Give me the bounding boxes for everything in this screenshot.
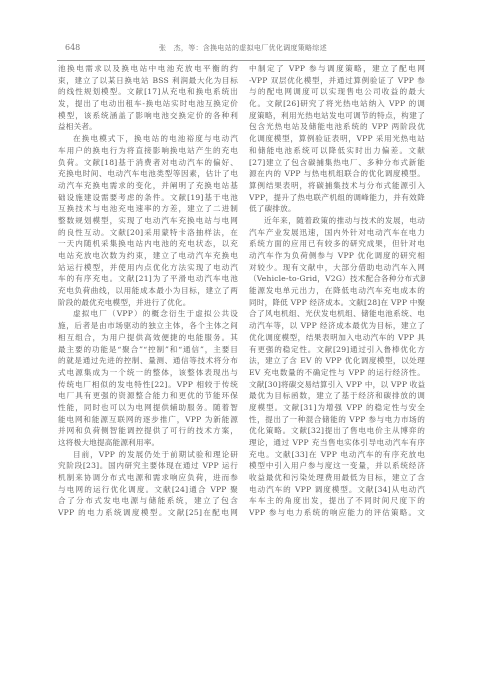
text-line: 目前，VPP 的发展仍处于前期试验和理论研 <box>58 449 238 461</box>
text-line: 传统电厂相似的发电特性[22]。VPP 相较于传统 <box>58 379 238 391</box>
text-line: 式电源集成为一个统一的整体，该整体表现出与 <box>58 367 238 379</box>
text-line: 在换电模式下，换电站的电池裕度与电动汽 <box>58 133 238 145</box>
text-line: 究阶段[23]。国内研究主要体现在通过 VPP 运行 <box>58 460 238 472</box>
left-column: 池换电需求以及换电站中电池充放电平衡的约束，建立了以某日换电站 BSS 利润最大… <box>58 63 238 519</box>
text-line: 汽车产业发展迅速，国内外针对电动汽车在电力 <box>249 227 425 239</box>
text-line: 合了分布式发电电源与储能系统，建立了包含 <box>58 495 238 507</box>
text-line: 阶段的最优充电模型，并进行了优化。 <box>58 297 238 309</box>
text-line: 负荷。文献[18]基于消费者对电动汽车的偏好、 <box>58 157 238 169</box>
text-line: 础设施建设需要考虑的条件。文献[19]基于电池 <box>58 192 238 204</box>
text-line: 池换电需求以及换电站中电池充放电平衡的约 <box>58 63 238 75</box>
text-line: 理论，通过 VPP 充当售电实体引导电动汽车有序 <box>249 437 425 449</box>
text-line: 与电网的运行优化调度。文献[24]通合 VPP 聚 <box>58 484 238 496</box>
text-line: 和储能电池系统可以降低实时出力偏差。文献 <box>249 145 425 157</box>
text-line: 的就是通过先进的控制、量测、通信等技术将分布 <box>58 355 238 367</box>
text-line: 有更强的稳定性。文献[29]通过引入鲁棒优化方 <box>249 344 425 356</box>
text-line: 算例结果表明，将碳捕集技术与分布式能源引入 <box>249 180 425 192</box>
text-line: 发，提出了电动出租车-换电站实时电池互换定价 <box>58 98 238 110</box>
text-line: 施，后者是由市场驱动的独立主体，各个主体之间 <box>58 320 238 332</box>
text-line: 虚拟电厂（VPP）的概念衍生于虚拟公共设 <box>58 308 238 320</box>
text-line: VPP 参与电力系统的响应能力的评估策略。文 <box>249 507 425 519</box>
text-line: 动汽车作为负荷侧参与 VPP 优化调度的研究相 <box>249 250 425 262</box>
text-line: 化调度模型，算例验证表明，VPP 采用光热电站 <box>249 133 425 145</box>
text-line: VPP 的电力系统调度模型。文献[25]在配电网 <box>58 507 238 519</box>
text-line: 能电网和能源互联网的逐步推广，VPP 为新能源 <box>58 414 238 426</box>
text-line: 低了碳排放。 <box>249 203 425 215</box>
text-line: 度策略，利用光热电站发电可调节的特点，构建了 <box>249 110 425 122</box>
text-line: 对较少。现有文献中，大部分借助电动汽车入网 <box>249 262 425 274</box>
text-line: 文献[30]将碳交易结算引入 VPP 中，以 VPP 收益 <box>249 379 425 391</box>
text-line: 法，建立了含 EV 的 VPP 优化调度模型，以处理 <box>249 355 425 367</box>
text-line: （Vehicle-to-Grid，V2G）技术配合各种分布式新 <box>249 273 425 285</box>
text-line: 电站充放电次数为约束，建立了电动汽车充换电 <box>58 250 238 262</box>
text-line: 同时，降低 VPP 经济成本。文献[28]在 VPP 中聚 <box>249 297 425 309</box>
text-line: 益相关者。 <box>58 121 238 133</box>
text-line: 模型，该系统涵盖了影响电池交换定价的各种利 <box>58 110 238 122</box>
text-line: 性，提出了一种混合储能的 VPP 参与电力市场的 <box>249 414 425 426</box>
text-line: 电厂具有更强的资源整合能力和更优的节能环保 <box>58 390 238 402</box>
text-line: 一天内随机采集换电站内电池的充电状态，以充 <box>58 238 238 250</box>
text-line: 包含光热电站及储能电池系统的 VPP 两阶段优 <box>249 121 425 133</box>
text-line: 机制来协调分布式电源和需求响应负荷，进而参 <box>58 472 238 484</box>
text-line: 与的配电网调度可以实现售电公司收益的最大 <box>249 86 425 98</box>
header-rule <box>57 60 425 61</box>
text-line: 站运行模型，并使用内点优化方法实现了电动汽 <box>58 262 238 274</box>
text-line: 性能，同时也可以为电网提供辅助服务。随着智 <box>58 402 238 414</box>
text-line: 收益最优和污染处理费用最低为目标，建立了含 <box>249 472 425 484</box>
text-line: VPP，提升了热电联产机组的调峰能力，并有效降 <box>249 192 425 204</box>
page-number: 648 <box>65 43 80 52</box>
text-line: 化。文献[26]研究了将光热电站纳入 VPP 的调 <box>249 98 425 110</box>
text-line: 车用户的换电行为将直接影响换电站产生的充电 <box>58 145 238 157</box>
text-line: 优化调度模型，结果表明加入电动汽车的 VPP 具 <box>249 332 425 344</box>
text-line: [27]建立了包含碳捕集热电厂、多种分布式新能 <box>249 157 425 169</box>
running-title: 张 杰，等：含换电站的虚拟电厂优化调度策略综述 <box>159 43 327 53</box>
text-line: 充电。文献[33]在 VPP 电动汽车的有序充放电 <box>249 449 425 461</box>
text-line: 最主要的功能是“聚合”“控制”和“通信”，主要目 <box>58 344 238 356</box>
text-line: -VPP 双层优化模型，并通过算例验证了 VPP 参 <box>249 75 425 87</box>
text-line: 充换电时间、电动汽车电池类型等因素，估计了电 <box>58 168 238 180</box>
text-line: 动汽车充换电需求的变化，并阐明了充换电站基 <box>58 180 238 192</box>
text-line: 的良性互动。文献[20]采用蒙特卡洛抽样法，在 <box>58 227 238 239</box>
text-line: 近年来，随着政策的推动与技术的发展，电动 <box>249 215 425 227</box>
text-line: 车车主的角度出发，提出了不同时间尺度下的 <box>249 495 425 507</box>
text-line: 能源发电单元出力，在降低电动汽车充电成本的 <box>249 285 425 297</box>
text-line: 车的有序充电。文献[21]为了平滑电动汽车电池 <box>58 273 238 285</box>
text-line: 束，建立了以某日换电站 BSS 利润最大化为目标 <box>58 75 238 87</box>
text-line: 相互组合，为用户提供高效便捷的电能服务。其 <box>58 332 238 344</box>
text-line: 优化策略。文献[32]提出了售电电价主从博弈的 <box>249 425 425 437</box>
text-line: 中制定了 VPP 参与调度策略，建立了配电网 <box>249 63 425 75</box>
text-line: 整数规划模型，实现了电动汽车充换电站与电网 <box>58 215 238 227</box>
page-header: 648 张 杰，等：含换电站的虚拟电厂优化调度策略综述 <box>57 43 425 57</box>
text-line: 这将极大地提高能源利用率。 <box>58 437 238 449</box>
text-line: 充电负荷曲线，以用能成本最小为目标，建立了两 <box>58 285 238 297</box>
text-line: 最优为目标函数，建立了基于经济和碳排放的调 <box>249 390 425 402</box>
text-line: 并网和负荷侧智能调控提供了可行的技术方案， <box>58 425 238 437</box>
text-line: 互换技术与电池充电速率的方差，建立了二进制 <box>58 203 238 215</box>
text-line: 动汽车等，以 VPP 经济成本最优为目标，建立了 <box>249 320 425 332</box>
text-line: 的线性规划模型。文献[17]从充电和换电系统出 <box>58 86 238 98</box>
text-line: 合了风电机组、光伏发电机组、储能电池系统、电 <box>249 308 425 320</box>
text-line: 电动汽车的 VPP 调度模型。文献[34]从电动汽 <box>249 484 425 496</box>
text-line: EV 充电数量的不确定性与 VPP 的运行经济性。 <box>249 367 425 379</box>
text-line: 源在内的 VPP 与热电机组联合的优化调度模型。 <box>249 168 425 180</box>
text-line: 度模型。文献[31]为增强 VPP 的稳定性与安全 <box>249 402 425 414</box>
text-line: 系统方面的应用已有较多的研究成果，但针对电 <box>249 238 425 250</box>
text-line: 模型中引入用户参与度这一变量，并以系统经济 <box>249 460 425 472</box>
right-column: 中制定了 VPP 参与调度策略，建立了配电网-VPP 双层优化模型，并通过算例验… <box>249 63 425 519</box>
